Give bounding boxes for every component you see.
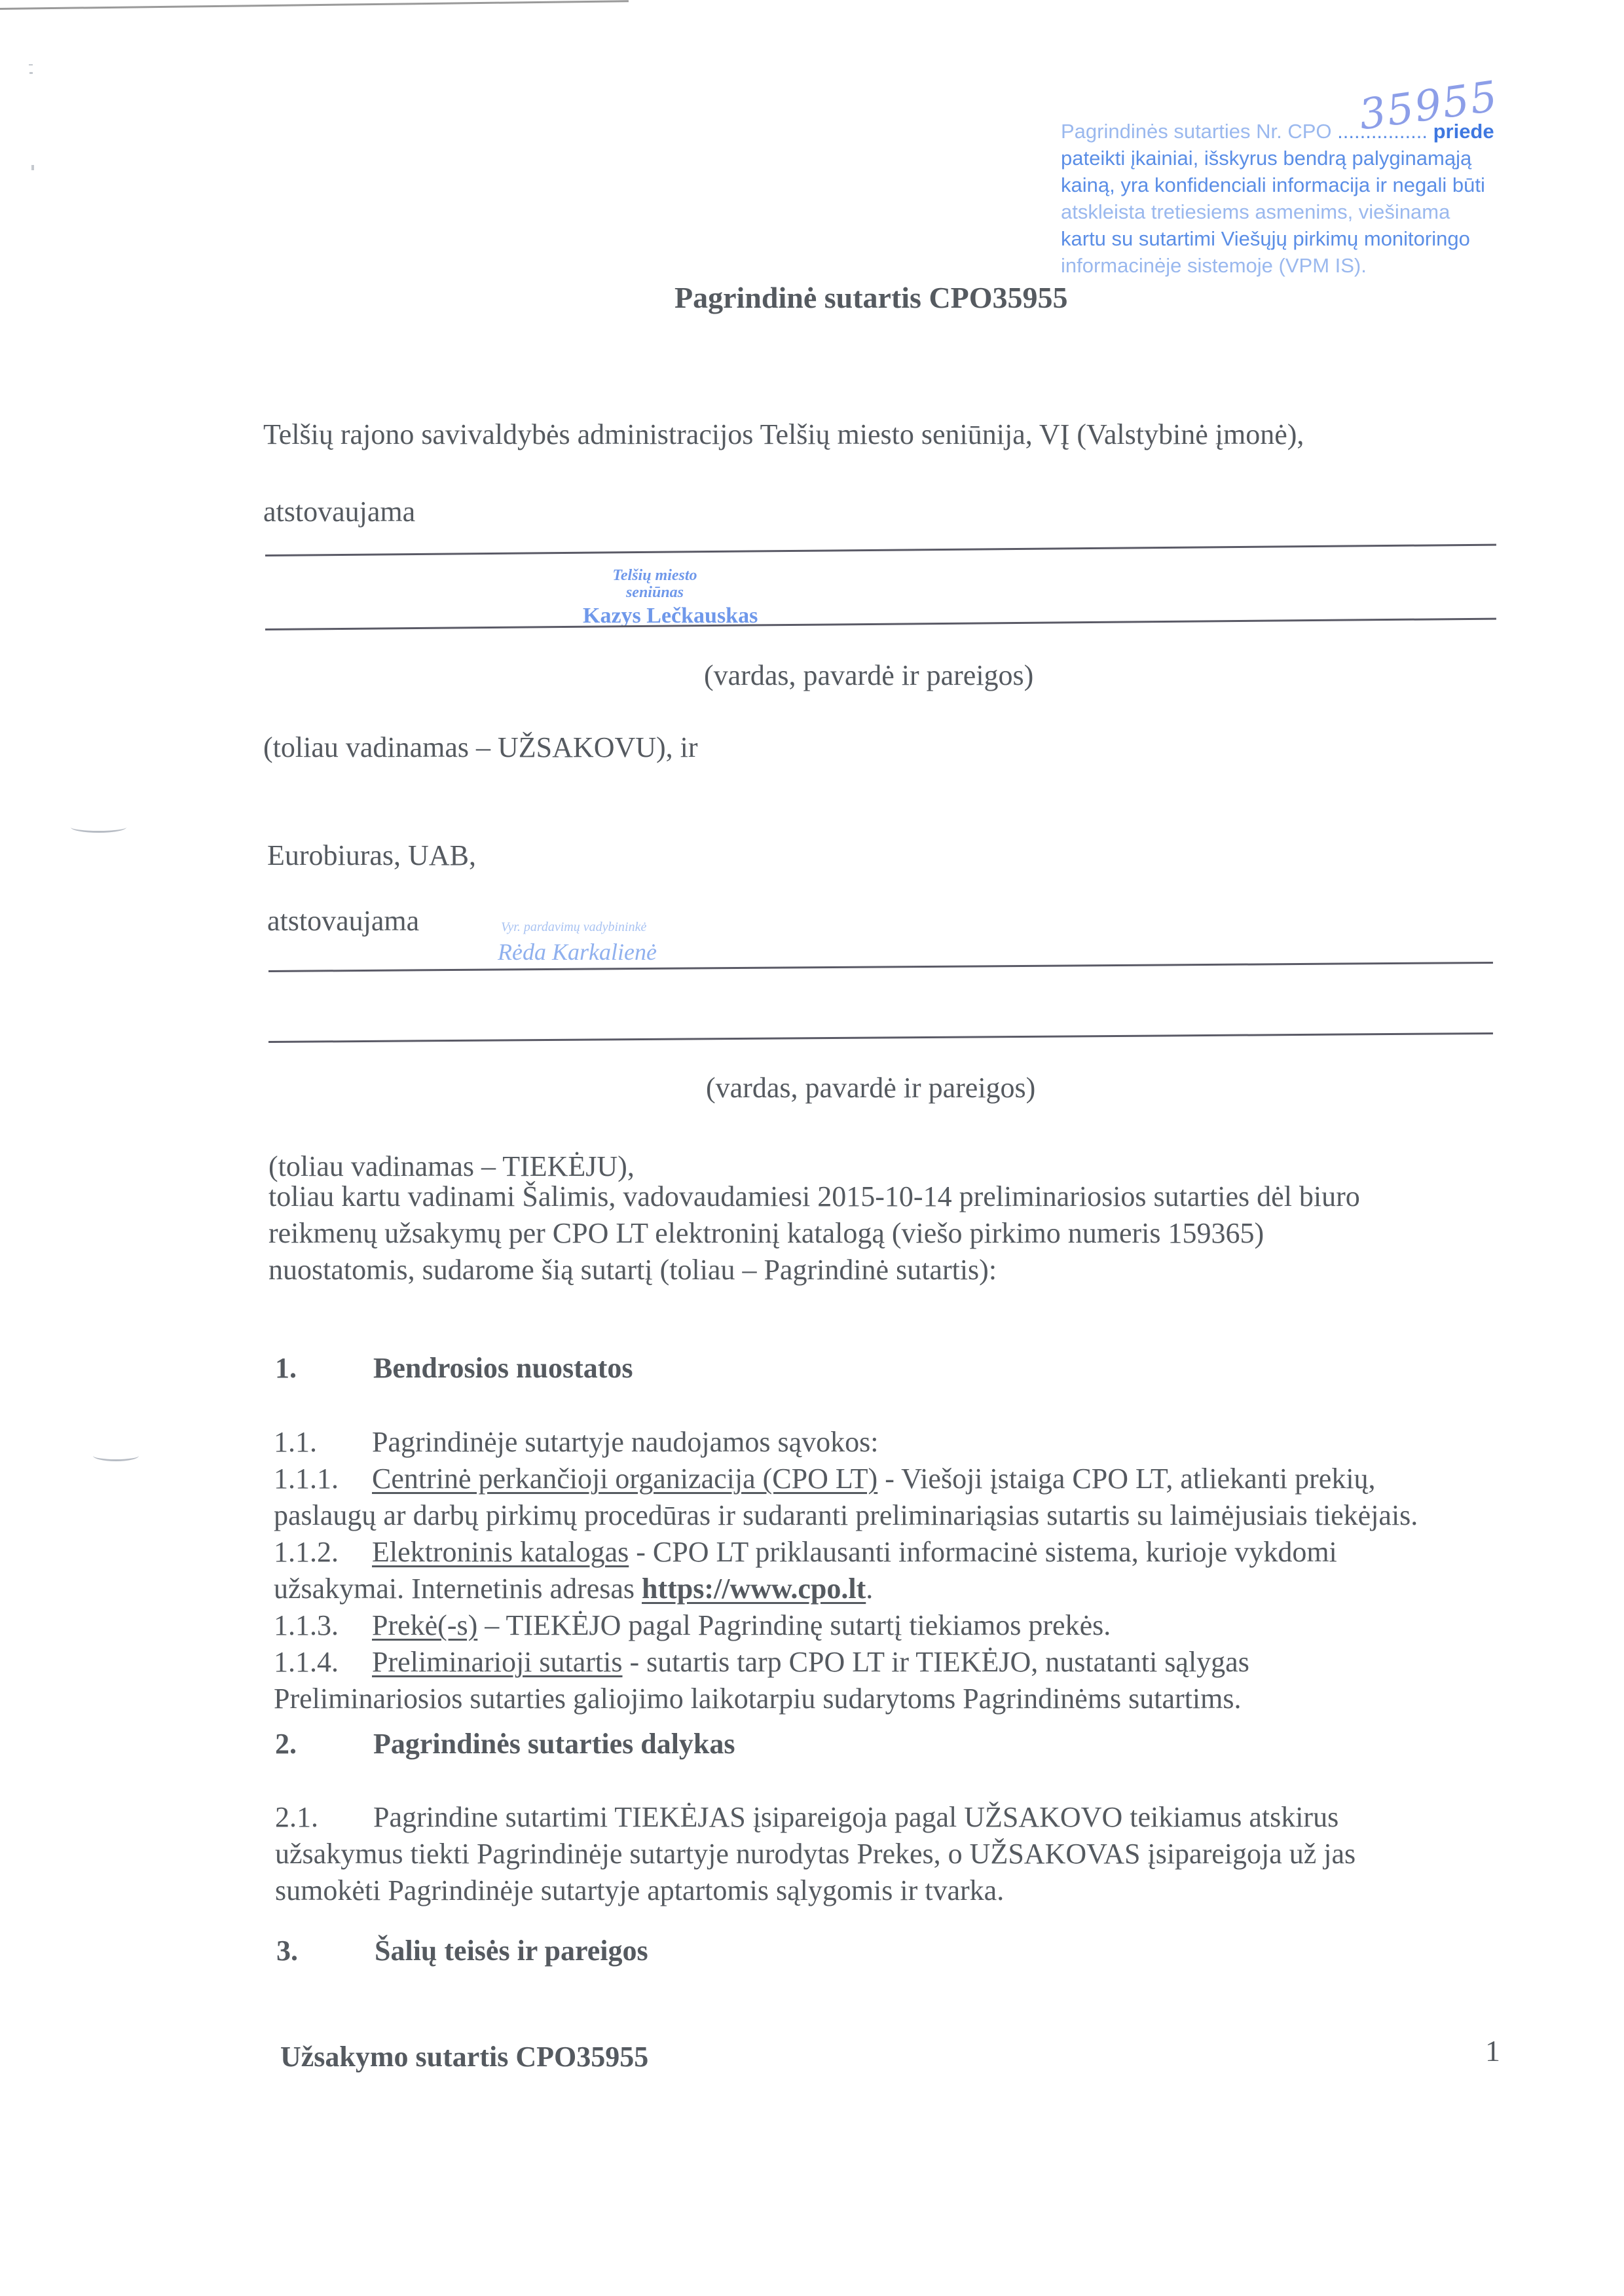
- term-electronic-catalog: Elektroninis katalogas: [372, 1536, 629, 1568]
- confidentiality-stamp: Pagrindinės sutarties Nr. CPO ..........…: [1061, 118, 1494, 279]
- preamble-line: nuostatomis, sudarome šią sutartį (tolia…: [268, 1252, 1513, 1288]
- clause-1-1-4-continuation: Preliminariosios sutarties galiojimo lai…: [274, 1681, 1518, 1717]
- buyer-caption: (vardas, pavardė ir pareigos): [704, 661, 1033, 690]
- scan-speck: [29, 72, 33, 74]
- buyer-name: Telšių rajono savivaldybės administracij…: [263, 420, 1304, 449]
- footer-document-name: Užsakymo sutartis CPO35955: [280, 2043, 648, 2071]
- clause-1-1: 1.1.Pagrindinėje sutartyje naudojamos są…: [274, 1424, 1518, 1461]
- supplier-representative-line-2: [268, 1032, 1493, 1043]
- clause-2-1: 2.1.Pagrindine sutartimi TIEKĖJAS įsipar…: [275, 1799, 1519, 1836]
- scan-speck: [29, 64, 33, 65]
- clause-1-1-2: 1.1.2.Elektroninis katalogas - CPO LT pr…: [274, 1534, 1518, 1571]
- buyer-representative-line-1: [265, 544, 1496, 556]
- stamp-line-1: Pagrindinės sutarties Nr. CPO ..........…: [1061, 118, 1494, 145]
- stamp-line-6: informacinėje sistemoje (VPM IS).: [1061, 252, 1494, 279]
- cpo-website-link[interactable]: https://www.cpo.lt: [642, 1573, 866, 1605]
- buyer-represented-label: atstovaujama: [263, 498, 415, 526]
- punch-hole-mark: [71, 822, 126, 833]
- supplier-represented-label: atstovaujama: [267, 907, 419, 936]
- stamp-line-4: atskleista tretiesiems asmenims, viešina…: [1061, 198, 1494, 225]
- page-number: 1: [1485, 2036, 1500, 2066]
- clause-1-1-3: 1.1.3.Prekė(-s) – TIEKĖJO pagal Pagrindi…: [274, 1607, 1518, 1644]
- clause-1-1-1: 1.1.1.Centrinė perkančioji organizacija …: [274, 1461, 1518, 1497]
- scan-edge-line: [0, 0, 629, 10]
- term-cpo-lt: Centrinė perkančioji organizacija (CPO L…: [372, 1463, 877, 1495]
- clause-1-1-2-continuation: užsakymai. Internetinis adresas https://…: [274, 1571, 1518, 1607]
- punch-hole-mark: [93, 1450, 139, 1461]
- supplier-representative-line-1: [268, 962, 1493, 972]
- scan-speck: [31, 165, 34, 170]
- page-title: Pagrindinė sutartis CPO35955: [674, 283, 1068, 313]
- clause-1-1-4: 1.1.4.Preliminarioji sutartis - sutartis…: [274, 1644, 1518, 1681]
- supplier-signatory-title: Vyr. pardavimų vadybininkė: [501, 920, 646, 935]
- section-3-heading: 3.Šalių teisės ir pareigos: [276, 1937, 648, 1965]
- section-2-heading: 2.Pagrindinės sutarties dalykas: [275, 1730, 735, 1758]
- stamp-line-5: kartu su sutartimi Viešųjų pirkimų monit…: [1061, 225, 1494, 252]
- clause-2-1-line: užsakymus tiekti Pagrindinėje sutartyje …: [275, 1836, 1519, 1872]
- supplier-hereinafter: (toliau vadinamas – TIEKĖJU),: [268, 1152, 635, 1181]
- clause-2-1-line: sumokėti Pagrindinėje sutartyje aptartom…: [275, 1872, 1519, 1909]
- preamble-line: reikmenų užsakymų per CPO LT elektroninį…: [268, 1215, 1513, 1252]
- section-1-body: 1.1.Pagrindinėje sutartyje naudojamos są…: [274, 1424, 1518, 1717]
- clause-1-1-1-continuation: paslaugų ar darbų pirkimų procedūras ir …: [274, 1497, 1518, 1534]
- supplier-signatory-name: Rėda Karkalienė: [498, 938, 657, 966]
- supplier-name: Eurobiuras, UAB,: [267, 841, 476, 870]
- buyer-representative-line-2: [265, 618, 1496, 630]
- stamp-line-2: pateikti įkainiai, išskyrus bendrą palyg…: [1061, 145, 1494, 172]
- section-2-body: 2.1.Pagrindine sutartimi TIEKĖJAS įsipar…: [275, 1799, 1519, 1909]
- term-goods: Prekė(-s): [372, 1609, 477, 1641]
- buyer-signature-stamp: Telšių miesto seniūnas: [576, 567, 733, 601]
- stamp-line-3: kainą, yra konfidenciali informacija ir …: [1061, 172, 1494, 198]
- preamble-line: toliau kartu vadinami Šalimis, vadovauda…: [268, 1178, 1513, 1215]
- preamble: toliau kartu vadinami Šalimis, vadovauda…: [268, 1178, 1513, 1288]
- section-1-heading: 1.Bendrosios nuostatos: [275, 1354, 633, 1383]
- buyer-hereinafter: (toliau vadinamas – UŽSAKOVU), ir: [263, 733, 698, 762]
- term-preliminary-contract: Preliminarioji sutartis: [372, 1646, 623, 1678]
- supplier-caption: (vardas, pavardė ir pareigos): [706, 1074, 1035, 1102]
